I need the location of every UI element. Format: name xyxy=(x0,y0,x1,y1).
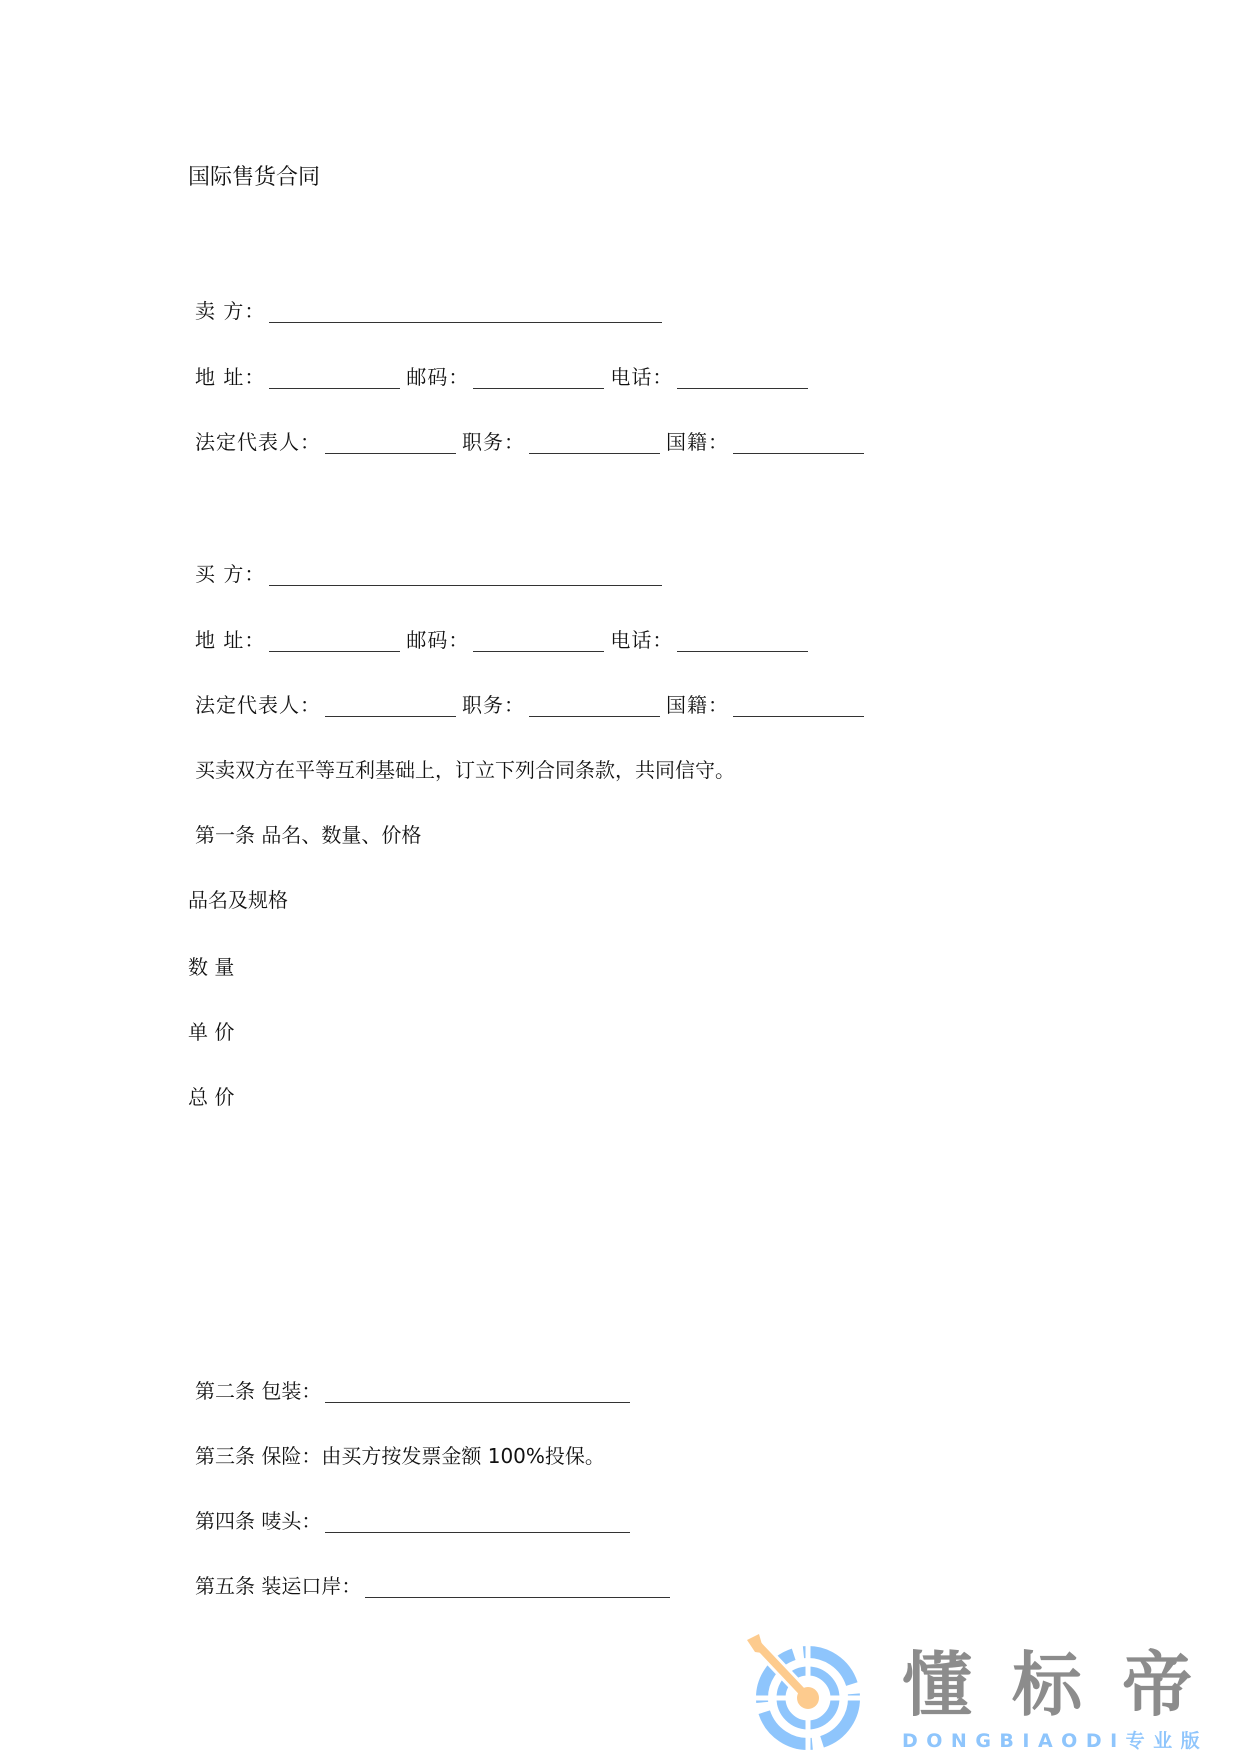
packing-field[interactable] xyxy=(325,1380,630,1403)
article-1-heading-text: 第一条 品名、数量、价格 xyxy=(195,823,421,847)
article-3-text: 第三条 保险：由买方按发票金额 100%投保。 xyxy=(195,1444,605,1468)
article-5-label: 第五条 装运口岸： xyxy=(195,1574,361,1598)
seller-legal-rep-label: 法定代表人： xyxy=(195,430,321,454)
buyer-nationality-field[interactable] xyxy=(733,694,864,717)
seller-postcode-label: 邮码： xyxy=(406,365,469,389)
edition-text: 专业版 xyxy=(1126,1730,1209,1752)
buyer-position-field[interactable] xyxy=(529,694,660,717)
brand-name-en: DONGBIAODI专业版 xyxy=(902,1730,1208,1752)
buyer-contact-row: 地 址： 邮码： 电话： xyxy=(195,622,814,652)
seller-nationality-field[interactable] xyxy=(733,431,864,454)
article-5-row: 第五条 装运口岸： xyxy=(195,1568,676,1598)
seller-address-label: 地 址： xyxy=(195,365,265,389)
preamble: 买卖双方在平等互利基础上，订立下列合同条款，共同信守。 xyxy=(195,752,735,782)
seller-postcode-field[interactable] xyxy=(473,366,604,389)
article-1-field-unit-price: 单 价 xyxy=(188,1020,234,1044)
seller-position-label: 职务： xyxy=(462,430,525,454)
buyer-rep-row: 法定代表人： 职务： 国籍： xyxy=(195,687,870,717)
buyer-phone-label: 电话： xyxy=(610,628,673,652)
buyer-legal-rep-label: 法定代表人： xyxy=(195,693,321,717)
article-1-heading: 第一条 品名、数量、价格 xyxy=(195,817,421,847)
seller-phone-field[interactable] xyxy=(677,366,808,389)
buyer-postcode-field[interactable] xyxy=(473,629,604,652)
seller-address-field[interactable] xyxy=(269,366,400,389)
article-1-field-quantity: 数 量 xyxy=(188,955,234,979)
watermark-logo: 懂标帝 DONGBIAODI专业版 xyxy=(735,1630,1215,1754)
seller-rep-row: 法定代表人： 职务： 国籍： xyxy=(195,424,870,454)
seller-contact-row: 地 址： 邮码： 电话： xyxy=(195,359,814,389)
seller-phone-label: 电话： xyxy=(610,365,673,389)
buyer-label: 买 方： xyxy=(195,562,265,586)
seller-label: 卖 方： xyxy=(195,299,265,323)
document-title: 国际售货合同 xyxy=(188,164,320,192)
buyer-address-label: 地 址： xyxy=(195,628,265,652)
article-2-row: 第二条 包装： xyxy=(195,1373,636,1403)
buyer-postcode-label: 邮码： xyxy=(406,628,469,652)
brand-name-cn: 懂标帝 xyxy=(902,1648,1232,1722)
buyer-name-field[interactable] xyxy=(269,563,662,586)
buyer-phone-field[interactable] xyxy=(677,629,808,652)
article-3-row: 第三条 保险：由买方按发票金额 100%投保。 xyxy=(195,1438,605,1468)
preamble-text: 买卖双方在平等互利基础上，订立下列合同条款，共同信守。 xyxy=(195,758,735,782)
seller-position-field[interactable] xyxy=(529,431,660,454)
shipping-mark-field[interactable] xyxy=(325,1510,630,1533)
buyer-address-field[interactable] xyxy=(269,629,400,652)
buyer-legal-rep-field[interactable] xyxy=(325,694,456,717)
article-4-label: 第四条 唛头： xyxy=(195,1509,321,1533)
seller-row: 卖 方： xyxy=(195,293,668,323)
buyer-position-label: 职务： xyxy=(462,693,525,717)
seller-legal-rep-field[interactable] xyxy=(325,431,456,454)
target-arrow-icon xyxy=(735,1630,885,1754)
article-2-label: 第二条 包装： xyxy=(195,1379,321,1403)
brand-en-text: DONGBIAODI xyxy=(902,1730,1126,1752)
article-1-field-name-spec: 品名及规格 xyxy=(188,888,288,912)
buyer-row: 买 方： xyxy=(195,556,668,586)
seller-nationality-label: 国籍： xyxy=(666,430,729,454)
seller-name-field[interactable] xyxy=(269,300,662,323)
article-1-field-total-price: 总 价 xyxy=(188,1085,234,1109)
buyer-nationality-label: 国籍： xyxy=(666,693,729,717)
port-of-shipment-field[interactable] xyxy=(365,1575,670,1598)
article-4-row: 第四条 唛头： xyxy=(195,1503,636,1533)
